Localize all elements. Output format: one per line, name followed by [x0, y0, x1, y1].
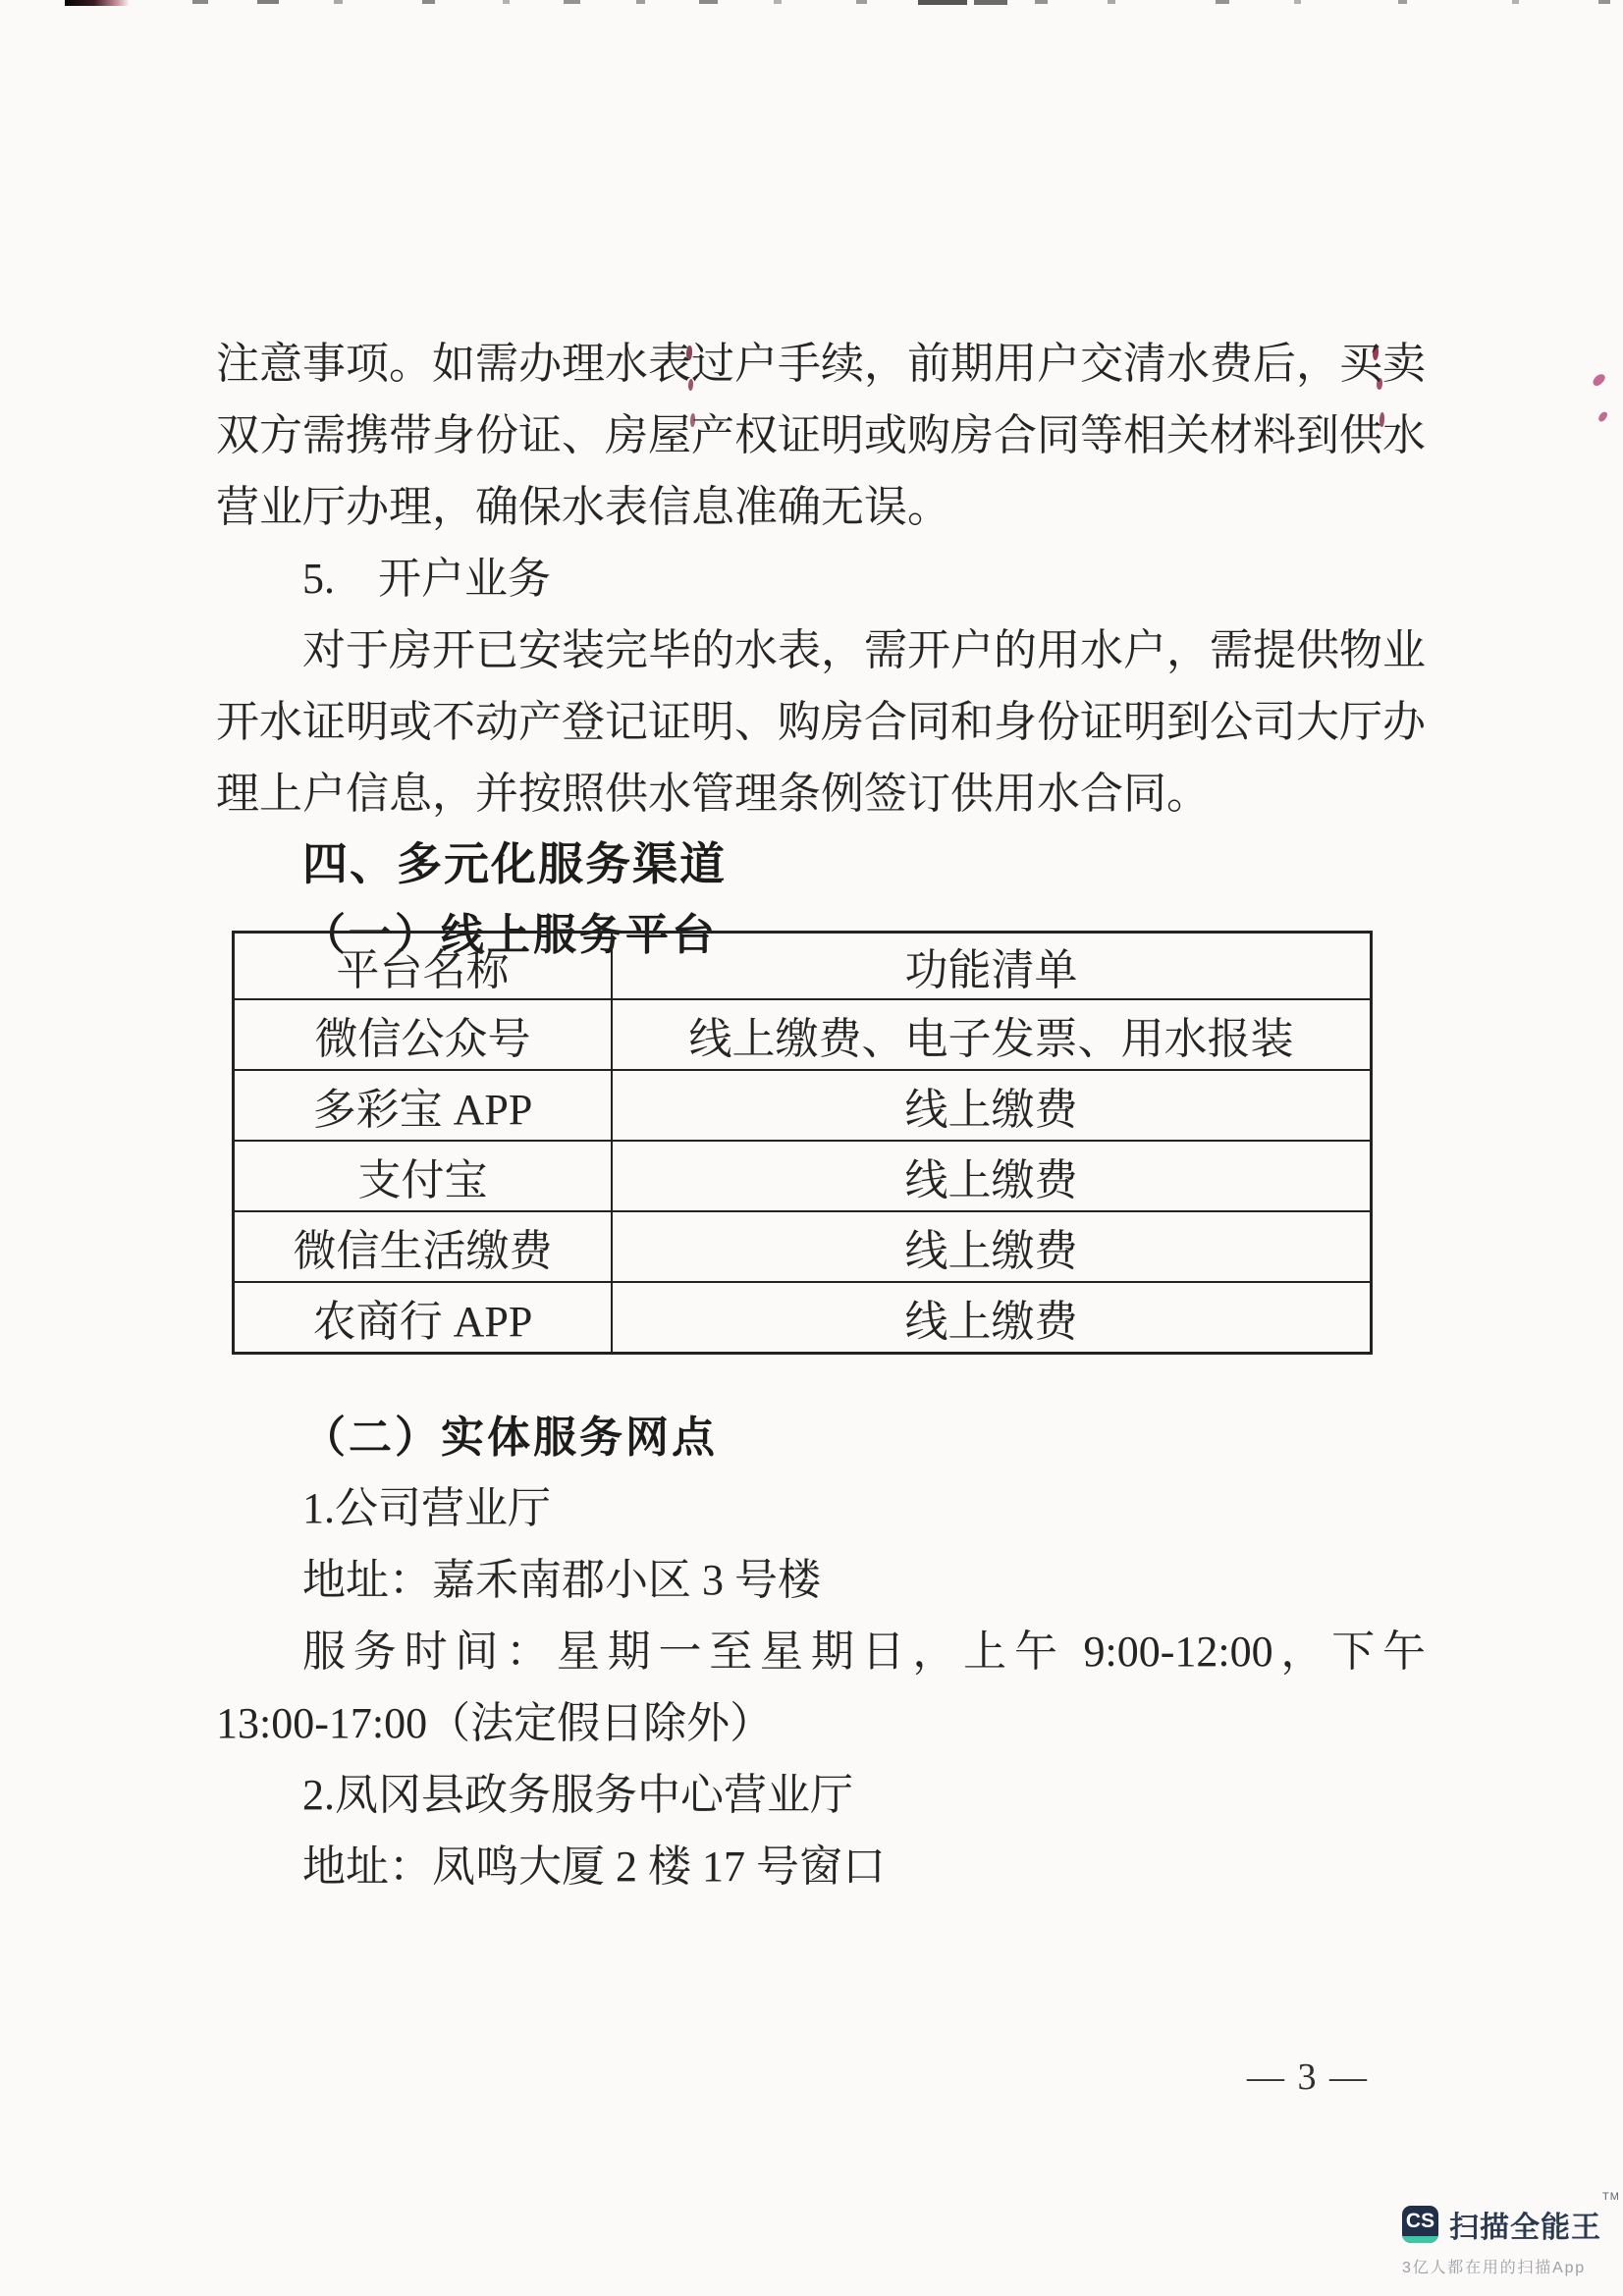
- camscanner-app-name-text: 扫描全能王: [1449, 2212, 1601, 2244]
- outlet1-hours-line1: 服务时间：星期一至星期日，上午 9:00-12:00，下午: [216, 1626, 1426, 1679]
- camscanner-watermark: CS 扫描全能王TM 3亿人都在用的扫描App: [1402, 2203, 1610, 2277]
- scan-artifact-dash: [564, 0, 580, 4]
- camscanner-logo-icon: CS: [1402, 2206, 1438, 2243]
- page-number: — 3 —: [1229, 2056, 1386, 2099]
- table-row: 农商行 APP 线上缴费: [235, 1283, 1370, 1352]
- paragraph2-line1: 对于房开已安装完毕的水表，需开户的用水户，需提供物业: [216, 624, 1426, 677]
- scan-artifact-dash: [699, 0, 718, 4]
- table-cell-platform: 微信生活缴费: [235, 1212, 613, 1281]
- table-cell-functions: 线上缴费: [613, 1142, 1370, 1210]
- table-cell-functions: 线上缴费: [613, 1283, 1370, 1352]
- table-header-platform: 平台名称: [235, 934, 613, 998]
- paragraph1-line2: 双方需携带身份证、房屋产权证明或购房合同等相关材料到供水: [216, 409, 1426, 462]
- trademark-symbol: TM: [1602, 2191, 1620, 2203]
- scan-artifact-dash: [636, 0, 645, 4]
- paragraph2-line3: 理上户信息，并按照供水管理条例签订供用水合同。: [216, 768, 1426, 821]
- scan-artifact-streak: [65, 0, 130, 6]
- table-cell-platform: 农商行 APP: [235, 1283, 613, 1352]
- table-cell-functions: 线上缴费、电子发票、用水报装: [613, 1000, 1370, 1069]
- scan-artifact-dash: [1035, 0, 1048, 4]
- outlet2-address: 地址：凤鸣大厦 2 楼 17 号窗口: [216, 1841, 1426, 1894]
- section4-heading: 四、多元化服务渠道: [216, 836, 1426, 891]
- table-row: 多彩宝 APP 线上缴费: [235, 1071, 1370, 1142]
- scan-artifact-dash: [257, 0, 279, 4]
- outlet2-title: 2.凤冈县政务服务中心营业厅: [216, 1769, 1426, 1822]
- ink-dot: [1597, 410, 1609, 423]
- scan-artifact-dash: [1398, 0, 1407, 4]
- paragraph1-line3: 营业厅办理，确保水表信息准确无误。: [216, 481, 1426, 534]
- scan-artifact-dash: [1294, 0, 1301, 4]
- paragraph2-line2: 开水证明或不动产登记证明、购房合同和身份证明到公司大厅办: [216, 696, 1426, 749]
- table-row: 支付宝 线上缴费: [235, 1142, 1370, 1212]
- table-cell-platform: 微信公众号: [235, 1000, 613, 1069]
- scan-artifact-dash: [1598, 0, 1610, 4]
- scan-artifact-dash: [774, 0, 782, 4]
- scan-artifact-dash: [192, 0, 208, 4]
- scan-artifact-dash: [1216, 0, 1229, 4]
- scan-artifact-dash: [856, 0, 867, 4]
- ink-dot: [1592, 372, 1607, 389]
- table-header-row: 平台名称 功能清单: [235, 934, 1370, 1000]
- item5-heading: 5. 开户业务: [216, 553, 1426, 606]
- camscanner-app-name: 扫描全能王TM: [1449, 2203, 1620, 2246]
- table-header-functions: 功能清单: [613, 934, 1370, 998]
- table-cell-platform: 多彩宝 APP: [235, 1071, 613, 1140]
- scan-artifact-dash: [422, 0, 435, 4]
- scan-artifact-dash: [1108, 0, 1115, 4]
- table-cell-functions: 线上缴费: [613, 1071, 1370, 1140]
- scan-artifact-dash: [918, 0, 967, 5]
- paragraph1-line1: 注意事项。如需办理水表过户手续，前期用户交清水费后，买卖: [216, 338, 1426, 391]
- scan-artifact-dash: [974, 0, 1007, 5]
- scanned-document-page: 注意事项。如需办理水表过户手续，前期用户交清水费后，买卖 双方需携带身份证、房屋…: [0, 0, 1623, 2296]
- offline-outlets-heading: （二）实体服务网点: [216, 1412, 1426, 1465]
- camscanner-tagline: 3亿人都在用的扫描App: [1402, 2255, 1610, 2277]
- table-cell-functions: 线上缴费: [613, 1212, 1370, 1281]
- scan-artifact-dash: [503, 0, 510, 4]
- camscanner-logo-accent: [1402, 2236, 1438, 2243]
- scan-artifact-dash: [334, 0, 343, 4]
- scan-artifact-dash: [1512, 0, 1519, 4]
- table-row: 微信公众号 线上缴费、电子发票、用水报装: [235, 1000, 1370, 1071]
- camscanner-logo-text: CS: [1402, 2206, 1438, 2236]
- outlet1-title: 1.公司营业厅: [216, 1482, 1426, 1535]
- outlet1-hours-line2: 13:00-17:00（法定假日除外）: [216, 1697, 1426, 1750]
- table-row: 微信生活缴费 线上缴费: [235, 1212, 1370, 1283]
- outlet1-address: 地址：嘉禾南郡小区 3 号楼: [216, 1554, 1426, 1607]
- online-platform-table: 平台名称 功能清单 微信公众号 线上缴费、电子发票、用水报装 多彩宝 APP 线…: [232, 931, 1373, 1355]
- table-cell-platform: 支付宝: [235, 1142, 613, 1210]
